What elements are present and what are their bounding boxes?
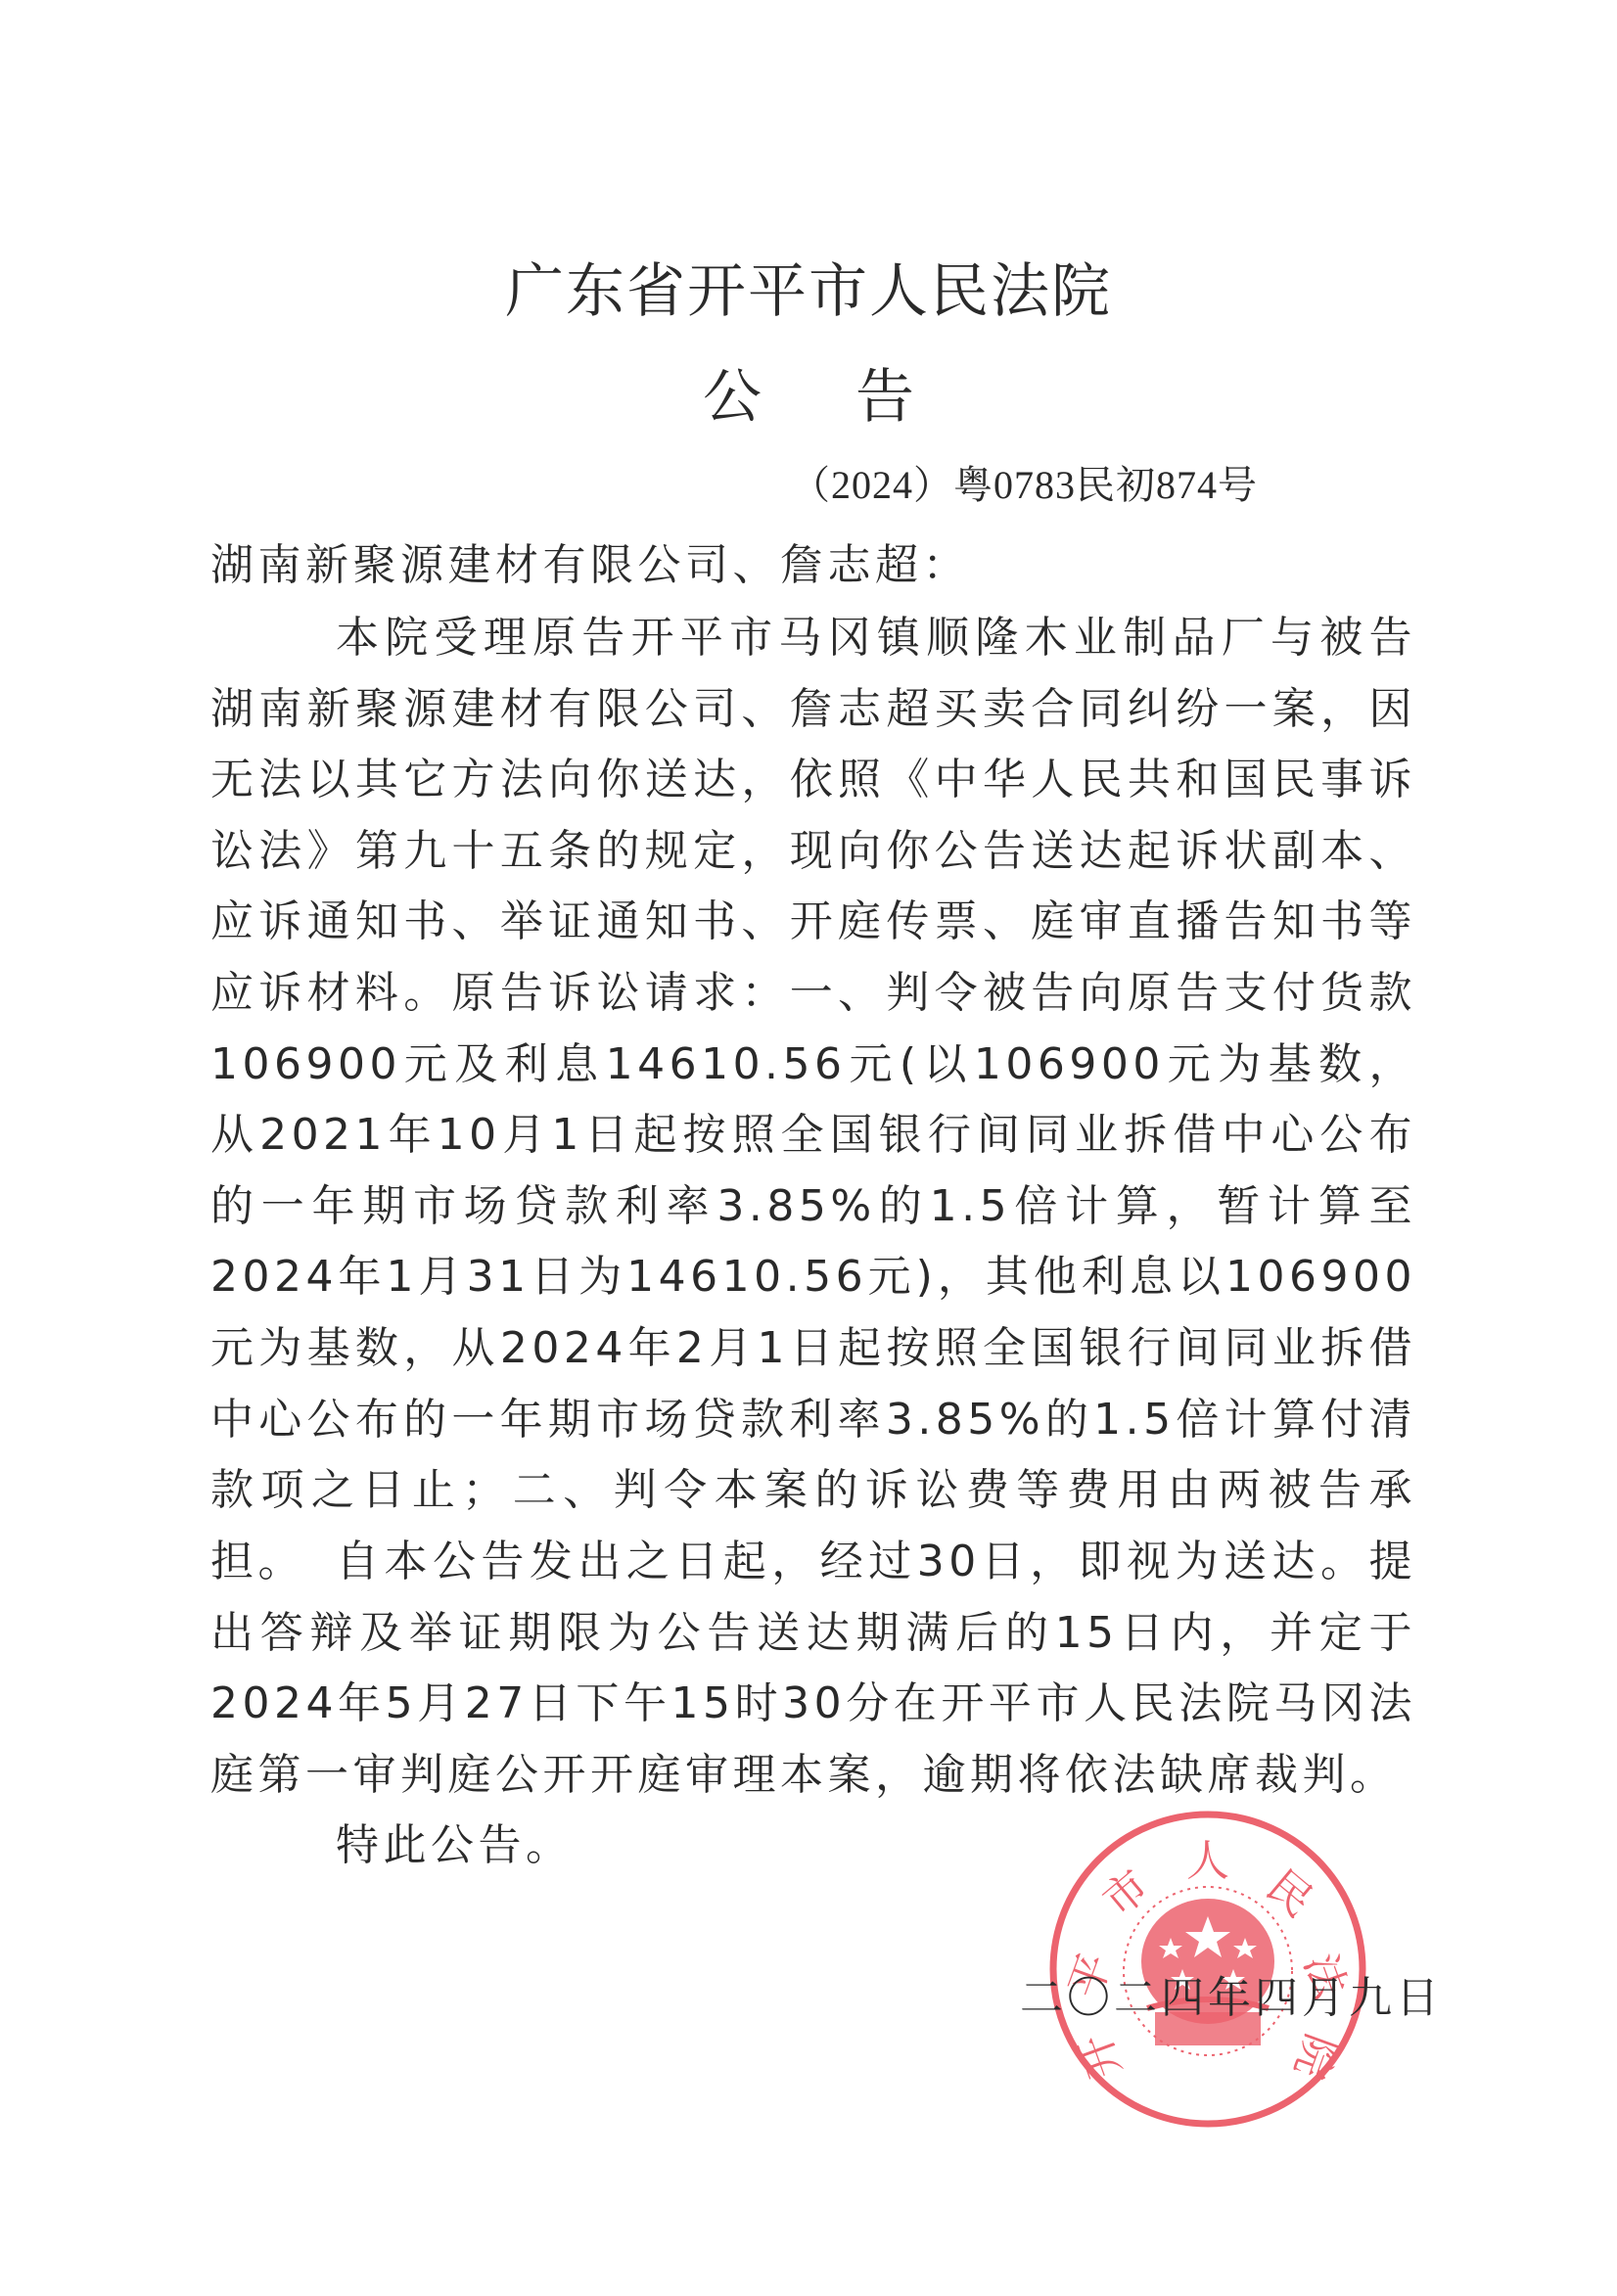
- notice-heading-char-2: 告: [855, 358, 914, 436]
- case-number: （2024）粤0783民初874号: [791, 458, 1258, 513]
- notice-paragraph-hearing: 自本公告发出之日起，经过30日，即视为送达。提出答辩及举证期限为公告送达期满后的…: [210, 1527, 1416, 1811]
- svg-text:民: 民: [1257, 1860, 1321, 1926]
- issue-date: 二〇二四年四月九日: [1020, 1969, 1443, 2028]
- notice-heading: 公告: [0, 358, 1617, 436]
- recipient-line: 湖南新聚源建材有限公司、詹志超：: [210, 530, 1416, 602]
- svg-text:市: 市: [1093, 1860, 1158, 1926]
- svg-text:人: 人: [1186, 1836, 1229, 1886]
- svg-text:院: 院: [1284, 2028, 1346, 2086]
- notice-paragraph-claims: 本院受理原告开平市马冈镇顺隆木业制品厂与被告湖南新聚源建材有限公司、詹志超买卖合…: [210, 603, 1416, 1597]
- court-notice-page: 广东省开平市人民法院 公告 （2024）粤0783民初874号 湖南新聚源建材有…: [0, 0, 1617, 2296]
- svg-text:开: 开: [1070, 2028, 1132, 2086]
- court-name-title: 广东省开平市人民法院: [0, 253, 1617, 331]
- notice-heading-char-1: 公: [703, 358, 762, 436]
